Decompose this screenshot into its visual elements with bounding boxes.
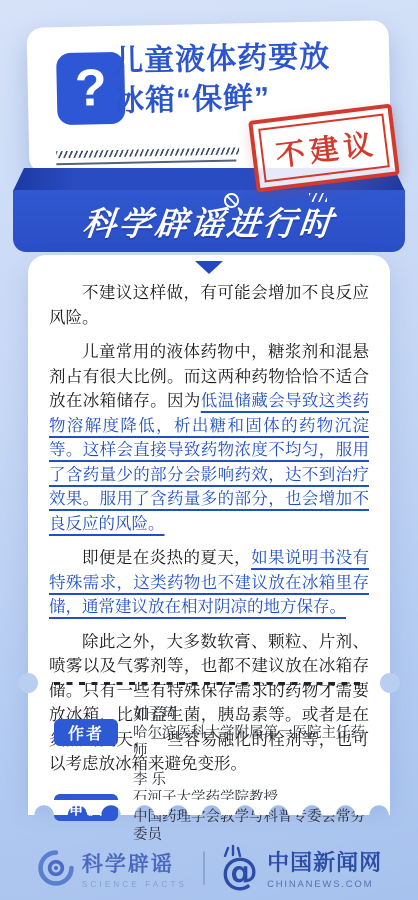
article-paragraph: 儿童常用的液体药物中，糖浆剂和混悬剂占有很大比例。而这两种药物恰恰不适合放在冰箱…	[49, 340, 369, 536]
body-text: 即便是在炎热的夏天，	[82, 549, 251, 567]
author-title: 哈尔滨医科大学附属第一医院主任药师	[133, 724, 374, 761]
author-info: 刘子琦 哈尔滨医科大学附属第一医院主任药师	[133, 705, 374, 761]
author-name: 刘子琦	[133, 705, 374, 724]
author-row: 作者 刘子琦 哈尔滨医科大学附属第一医院主任药师	[54, 705, 374, 761]
ticket-notch-left	[18, 673, 38, 693]
science-facts-text: 科学辟谣 SCIENCE FACTS	[82, 848, 187, 889]
poster-title-line1: 儿童液体药要放	[113, 36, 384, 82]
down-triangle-icon	[195, 261, 223, 274]
footer: 科学辟谣 SCIENCE FACTS @ 中国新闻网 CHINANEWS.COM	[0, 840, 418, 896]
article-paragraph: 即便是在炎热的夏天，如果说明书没有特殊需求，这类药物也不建议放在冰箱里存储，通常…	[49, 546, 369, 620]
chinanews-logo: @ 中国新闻网 CHINANEWS.COM	[221, 846, 382, 890]
verdict-stamp-label: 不建议	[258, 114, 390, 183]
chinanews-name: 中国新闻网	[267, 846, 382, 877]
at-glyph: @	[221, 853, 258, 890]
science-facts-swirl-icon	[36, 848, 76, 888]
chinanews-sub: CHINANEWS.COM	[267, 879, 382, 890]
ticket-notch-right	[380, 673, 400, 693]
reviewer-name: 李 乐	[133, 771, 374, 790]
hatch-decoration	[56, 147, 239, 158]
body-text: 不建议这样做，有可能会增加不良反应风险。	[49, 284, 369, 327]
science-facts-name: 科学辟谣	[82, 848, 187, 878]
science-facts-logo: 科学辟谣 SCIENCE FACTS	[36, 848, 187, 889]
chinanews-at-icon: @	[221, 846, 261, 890]
dashed-divider	[54, 682, 366, 685]
content-card: 不建议这样做，有可能会增加不良反应风险。儿童常用的液体药物中，糖浆剂和混悬剂占有…	[28, 255, 390, 800]
chinanews-text: 中国新闻网 CHINANEWS.COM	[267, 846, 382, 890]
credits-section: 作者 刘子琦 哈尔滨医科大学附属第一医院主任药师 审核 李 乐 石河子大学药学院…	[54, 705, 374, 855]
article-paragraph: 不建议这样做，有可能会增加不良反应风险。	[49, 281, 369, 330]
question-mark-glyph: ?	[74, 62, 107, 115]
science-debunk-poster: ? 儿童液体药要放 冰箱“保鲜” 不建议 科学辟谣进行时 不建议这样做，有可能会…	[0, 0, 418, 900]
ticket-scallop-edge	[28, 800, 390, 815]
highlighted-text: 低温储藏会导致这类药物溶解度降低，析出糖和固体的药物沉淀等。这样会直接导致药物浓…	[49, 392, 369, 533]
science-facts-sub: SCIENCE FACTS	[82, 880, 187, 889]
slogan-text: 科学辟谣进行时	[81, 198, 338, 245]
footer-divider	[203, 851, 205, 885]
author-badge: 作者	[54, 719, 118, 746]
slogan-banner: 科学辟谣进行时	[13, 190, 405, 252]
underline-decoration	[56, 159, 236, 165]
